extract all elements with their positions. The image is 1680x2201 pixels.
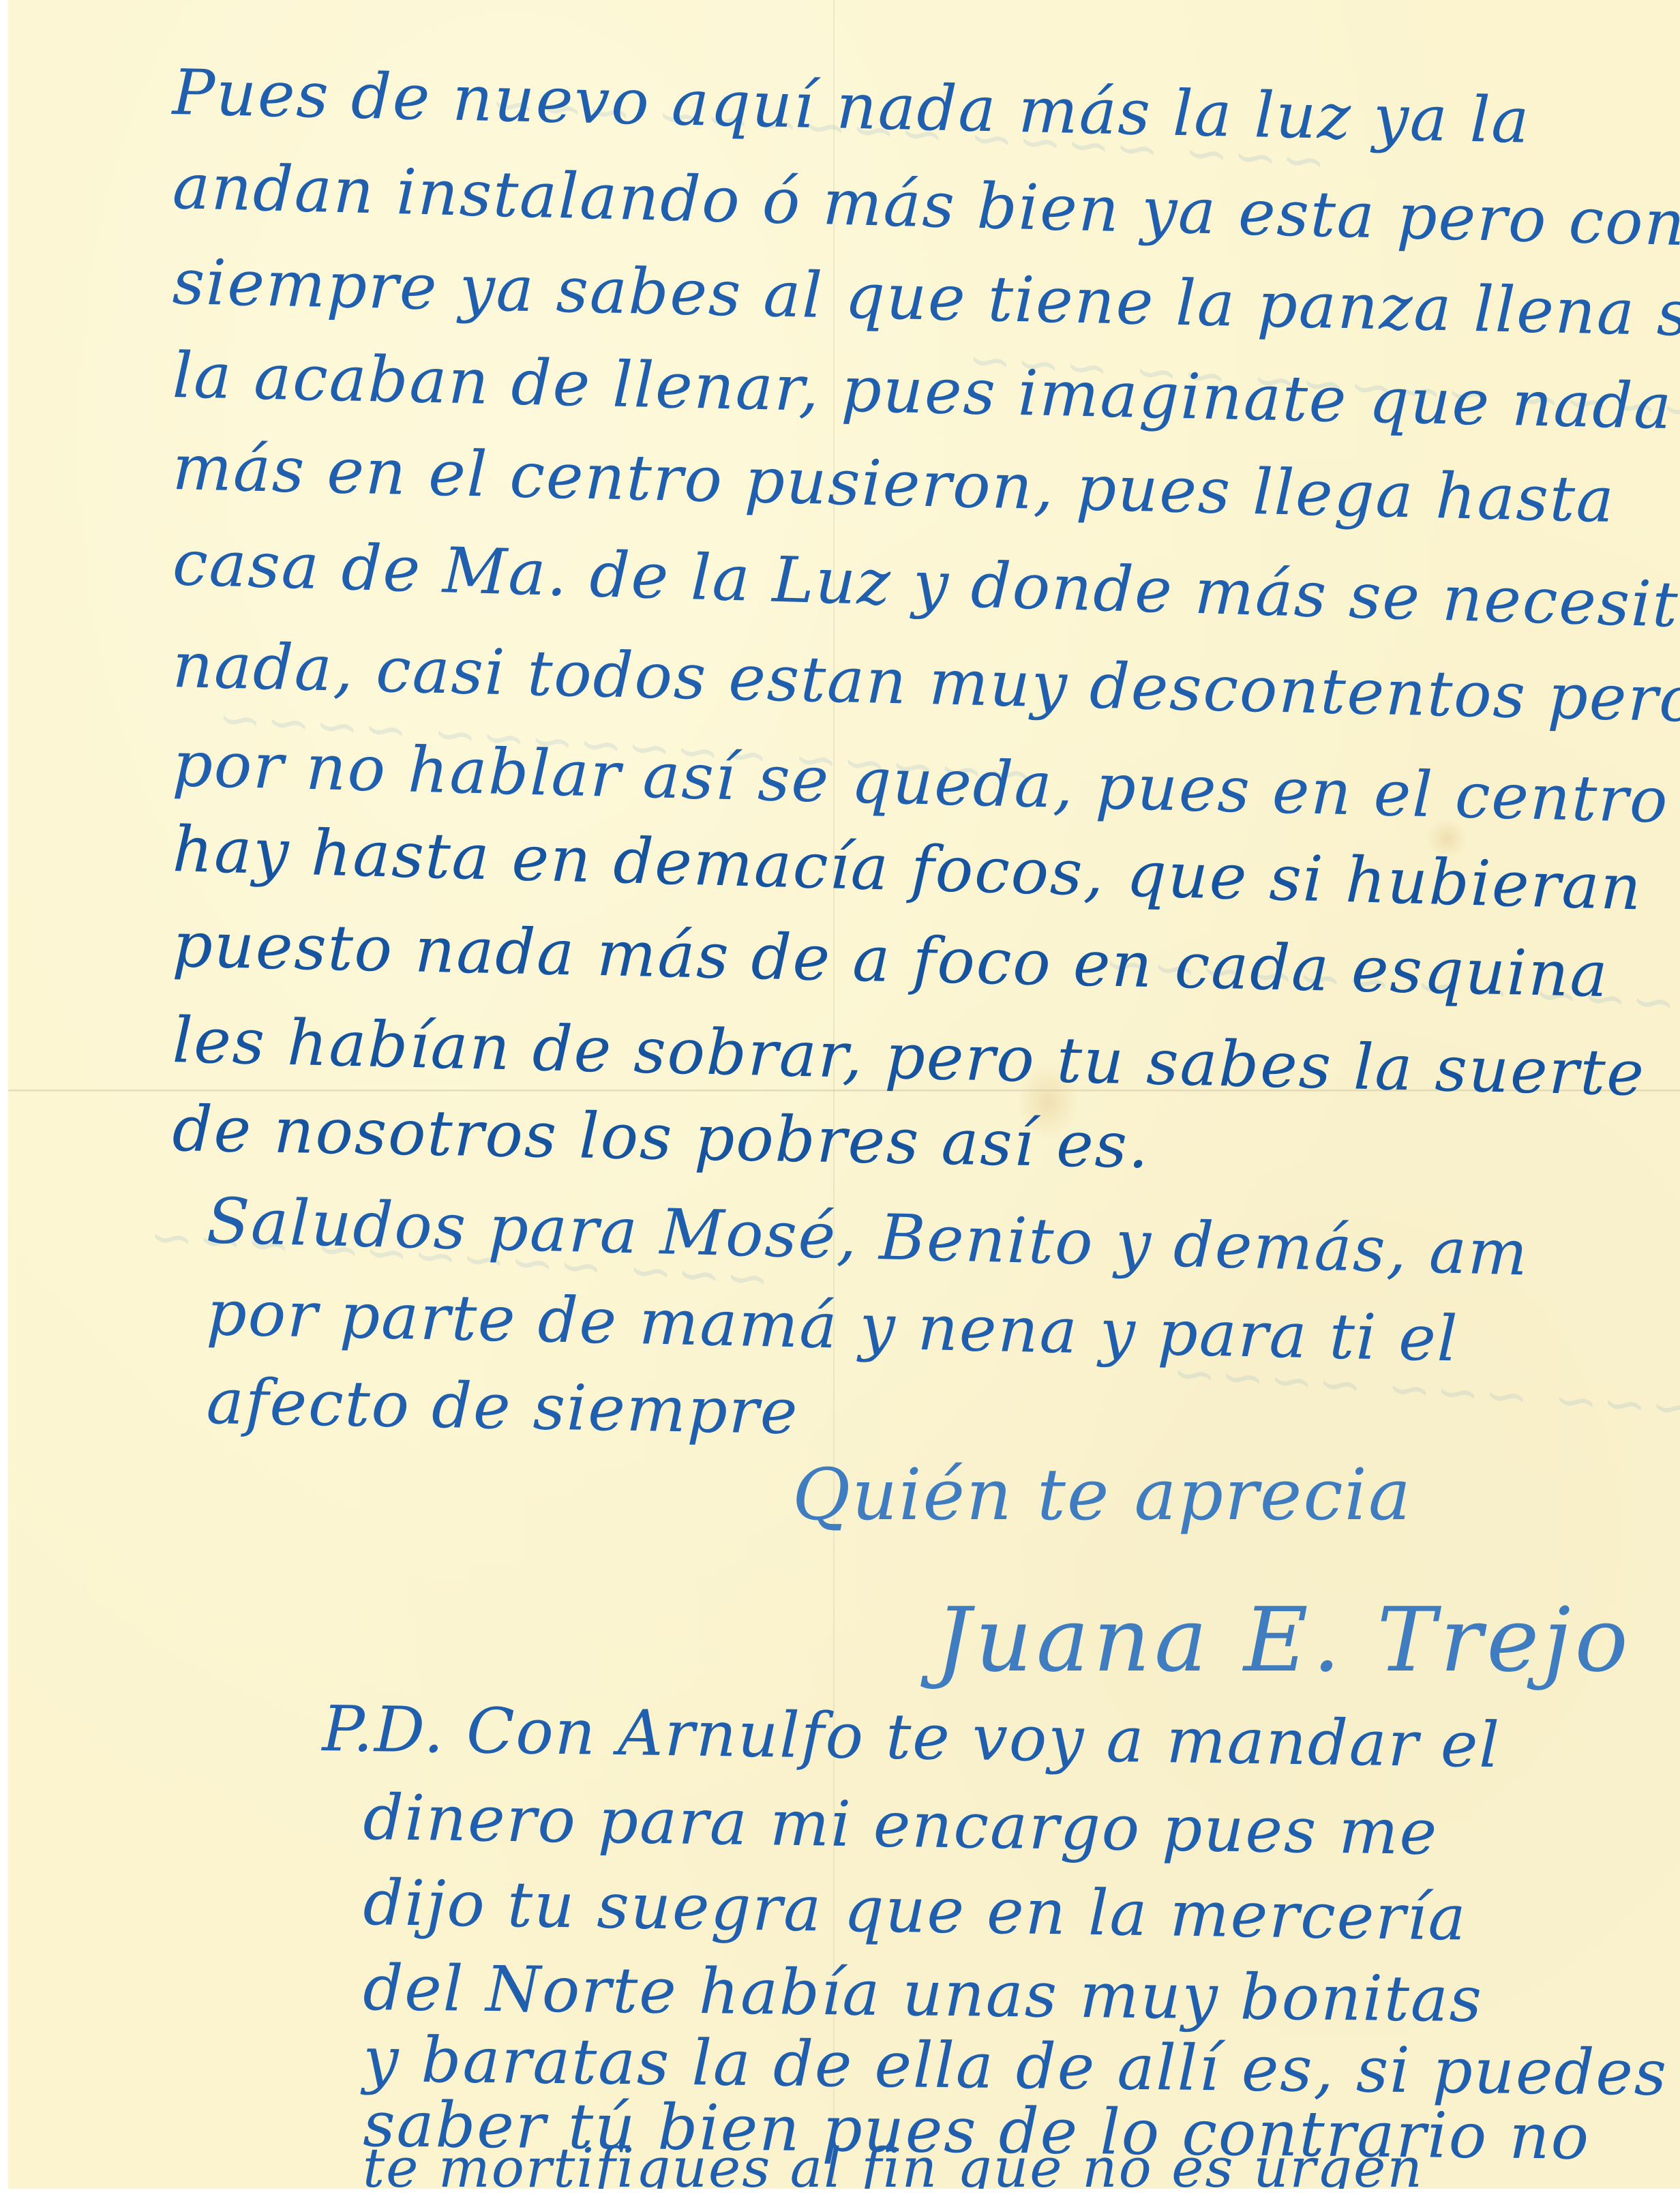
letter-paper: ~~~ ~~~~ ~~~~~~ ~~~ ~~~~ ~~~~~ ~~ ~~~ ~~… — [8, 0, 1680, 2189]
body-line: por no hablar así se queda, pues en el c… — [172, 733, 1670, 833]
greeting-line: por parte de mamá y nena y para ti el — [206, 1282, 1459, 1371]
body-line: más en el centro pusieron, pues llega ha… — [172, 436, 1616, 532]
body-line: hay hasta en demacía focos, que si hubie… — [172, 818, 1643, 919]
valediction: Quién te aprecia — [792, 1459, 1412, 1530]
greeting-line: afecto de siempre — [206, 1371, 799, 1443]
postscript-line: P.D. Con Arnulfo te voy a mandar el — [322, 1698, 1501, 1777]
body-line: de nosotros los pobres así es. — [172, 1098, 1150, 1178]
postscript-line: dijo tu suegra que en la mercería — [363, 1872, 1467, 1950]
postscript-line: dinero para mi encargo pues me — [363, 1786, 1439, 1864]
body-line: andan instalando ó más bien ya esta pero… — [172, 155, 1680, 255]
signature: Juana E. Trejo — [935, 1596, 1632, 1684]
postscript-line: te mortifiques al fin que no es urgen — [363, 2141, 1424, 2189]
postscript-line: del Norte había unas muy bonitas — [363, 1957, 1483, 2031]
body-line: siempre ya sabes al que tiene la panza l… — [172, 251, 1680, 346]
body-line: la acaban de llenar, pues imaginate que … — [172, 344, 1673, 438]
body-line: puesto nada más de a foco en cada esquin… — [172, 914, 1609, 1006]
body-line: casa de Ma. de la Luz y donde más se nec… — [172, 532, 1680, 638]
body-line: Pues de nuevo aquí nada más la luz ya la — [172, 61, 1531, 153]
